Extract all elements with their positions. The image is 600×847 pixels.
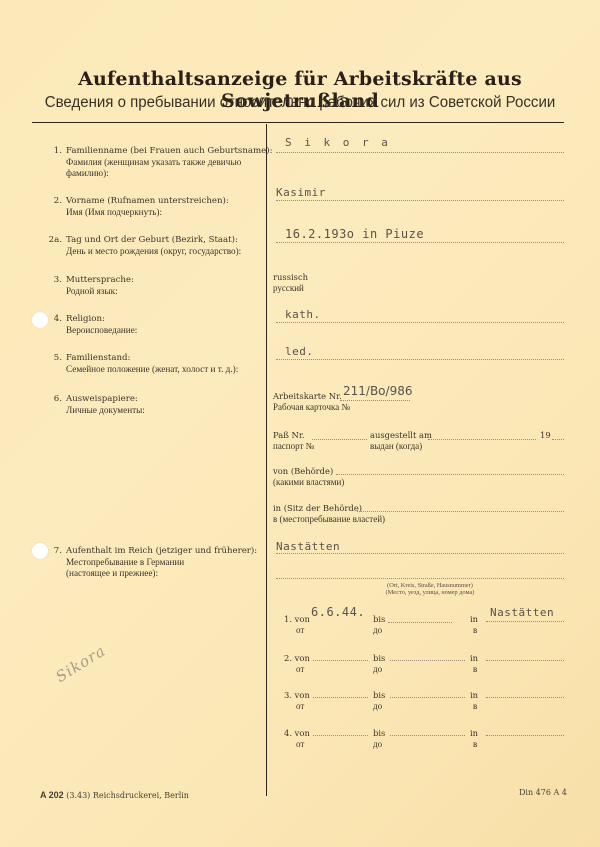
pencil-signature: Sikora — [52, 641, 108, 686]
row-number: 4. — [284, 728, 292, 738]
passport-label-de: Paß Nr. — [273, 430, 305, 441]
row4-bis-ru: до — [373, 739, 382, 750]
residence-current-value[interactable]: Nastätten — [276, 540, 340, 553]
authority-line — [336, 474, 564, 475]
mothertongue-value-de: russisch — [273, 272, 308, 283]
passport-label-ru: паспорт № — [273, 441, 314, 452]
authority-label-de: von (Behörde) — [273, 466, 333, 477]
row4-von: 4. von — [284, 728, 310, 739]
birth-line — [276, 242, 564, 243]
row-number: 1. — [284, 614, 292, 624]
surname-value[interactable]: S i k o r a — [285, 136, 391, 149]
address-caption-ru: (Место, уезд, улица, номер дома) — [330, 589, 530, 597]
birth-value[interactable]: 16.2.193o in Piuze — [285, 227, 424, 241]
row2-bis: bis — [373, 653, 385, 664]
year-prefix: 19 — [540, 430, 551, 441]
firstname-value[interactable]: Kasimir — [276, 186, 326, 199]
row3-in: in — [470, 690, 478, 701]
row1-in: in — [470, 614, 478, 625]
column-divider — [266, 124, 267, 796]
field-number: 1. — [40, 146, 62, 157]
title-russian: Сведения о пребывании относительно рабоч… — [9, 94, 591, 112]
von-label: von — [295, 653, 310, 663]
row1-from-value[interactable]: 6.6.44. — [311, 605, 365, 619]
row2-in: in — [470, 653, 478, 664]
residence-current-line — [276, 553, 564, 554]
field-label-birth: 2a.Tag und Ort der Geburt (Bezirk, Staat… — [40, 235, 241, 257]
row2-place-line — [486, 660, 564, 661]
label-ru: День и место рождения (округ, государств… — [40, 246, 241, 257]
firstname-line — [276, 200, 564, 201]
label-de: Religion: — [66, 314, 105, 324]
field-number: 6. — [40, 394, 62, 405]
row3-to-line — [390, 697, 465, 698]
workcard-label-de: Arbeitskarte Nr. — [273, 391, 342, 402]
row3-von-ru: от — [296, 701, 304, 712]
authority-seat-label-ru: в (местопребывание властей) — [273, 514, 385, 525]
row1-bis-ru: до — [373, 625, 382, 636]
label-ru: Вероисповедание: — [40, 325, 137, 336]
label-ru: Семейное положение (женат, холост и т. д… — [40, 364, 238, 375]
authority-label-ru: (какими властями) — [273, 477, 344, 488]
maritalstatus-line — [276, 359, 564, 360]
mothertongue-value-ru: русский — [273, 283, 304, 294]
field-number: 4. — [40, 314, 62, 325]
row3-von: 3. von — [284, 690, 310, 701]
row3-place-line — [486, 697, 564, 698]
print-info: (3.43) Reichsdruckerei, Berlin — [66, 791, 189, 800]
label-de: Vorname (Rufnamen unterstreichen): — [66, 196, 229, 206]
field-label-mothertongue: 3.Muttersprache: Родной язык: — [40, 275, 134, 297]
field-number: 2a. — [40, 235, 62, 246]
religion-value[interactable]: kath. — [285, 308, 321, 321]
document-page: Aufenthaltsanzeige für Arbeitskräfte aus… — [0, 0, 600, 847]
row2-in-ru: в — [473, 664, 477, 675]
workcard-line — [340, 400, 410, 401]
row3-from-line — [313, 697, 368, 698]
paper-format: Din 476 A 4 — [519, 788, 567, 797]
field-number: 5. — [40, 353, 62, 364]
field-number: 3. — [40, 275, 62, 286]
row4-place-line — [486, 735, 564, 736]
field-number: 7. — [40, 546, 62, 557]
row2-from-line — [313, 660, 368, 661]
row4-in: in — [470, 728, 478, 739]
row3-bis-ru: до — [373, 701, 382, 712]
label-ru: Имя (Имя подчеркнуть): — [40, 207, 229, 218]
row3-in-ru: в — [473, 701, 477, 712]
row1-to-line — [388, 622, 452, 623]
row1-place-line — [486, 621, 564, 622]
issued-date-line — [428, 439, 536, 440]
label-de: Ausweispapiere: — [66, 394, 138, 404]
label-ru: Фамилия (женщинам указать также девичью — [40, 157, 272, 168]
label-de: Tag und Ort der Geburt (Bezirk, Staat): — [66, 235, 238, 245]
issued-label-de: ausgestellt am — [370, 430, 432, 441]
year-line — [552, 439, 564, 440]
label-de: Familienstand: — [66, 353, 130, 363]
row1-in-ru: в — [473, 625, 477, 636]
row1-bis: bis — [373, 614, 385, 625]
header-rule — [32, 122, 564, 123]
row1-von: 1. von — [284, 614, 310, 625]
row-number: 2. — [284, 653, 292, 663]
row4-in-ru: в — [473, 739, 477, 750]
row2-to-line — [390, 660, 465, 661]
label-ru: Родной язык: — [40, 286, 134, 297]
workcard-label-ru: Рабочая карточка № — [273, 402, 350, 413]
issued-label-ru: выдан (когда) — [370, 441, 422, 452]
residence-address-line — [276, 578, 564, 579]
von-label: von — [295, 614, 310, 624]
maritalstatus-value[interactable]: led. — [285, 345, 314, 358]
form-code: A 202 — [40, 790, 64, 800]
field-label-residence: 7.Aufenthalt im Reich (jetziger und früh… — [40, 546, 257, 579]
row2-von: 2. von — [284, 653, 310, 664]
von-label: von — [295, 728, 310, 738]
religion-line — [276, 322, 564, 323]
form-footer-left: A 202 (3.43) Reichsdruckerei, Berlin — [40, 790, 189, 800]
field-label-religion: 4.Religion: Вероисповедание: — [40, 314, 137, 336]
row4-from-line — [313, 735, 368, 736]
authority-seat-line — [357, 511, 564, 512]
row2-bis-ru: до — [373, 664, 382, 675]
workcard-number-value[interactable]: 211/Bo/986 — [343, 384, 412, 398]
von-label: von — [295, 690, 310, 700]
field-label-idpapers: 6.Ausweispapiere: Личные документы: — [40, 394, 145, 416]
label-ru: Местопребывание в Германии — [40, 557, 257, 568]
row4-bis: bis — [373, 728, 385, 739]
field-number: 2. — [40, 196, 62, 207]
row4-von-ru: от — [296, 739, 304, 750]
label-ru-cont: (настоящее и прежнее): — [40, 568, 257, 579]
surname-line — [276, 152, 564, 153]
row3-bis: bis — [373, 690, 385, 701]
field-label-maritalstatus: 5.Familienstand: Семейное положение (жен… — [40, 353, 238, 375]
row2-von-ru: от — [296, 664, 304, 675]
row-number: 3. — [284, 690, 292, 700]
row1-place-value[interactable]: Nastätten — [490, 606, 554, 619]
label-ru-cont: фамилию): — [40, 168, 272, 179]
row1-von-ru: от — [296, 625, 304, 636]
label-de: Familienname (bei Frauen auch Geburtsnam… — [66, 146, 272, 156]
authority-seat-label-de: in (Sitz der Behörde) — [273, 503, 362, 514]
label-ru: Личные документы: — [40, 405, 145, 416]
passport-number-line — [312, 439, 367, 440]
row4-to-line — [390, 735, 465, 736]
label-de: Muttersprache: — [66, 275, 134, 285]
label-de: Aufenthalt im Reich (jetziger und früher… — [66, 546, 257, 556]
field-label-surname: 1.Familienname (bei Frauen auch Geburtsn… — [40, 146, 272, 179]
field-label-firstname: 2.Vorname (Rufnamen unterstreichen): Имя… — [40, 196, 229, 218]
